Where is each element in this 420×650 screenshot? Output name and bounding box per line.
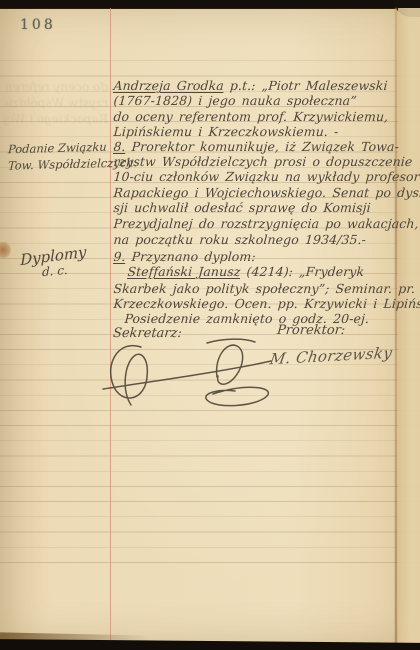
body-line: 8. Prorektor komunikuje, iż Związek Towa… — [113, 139, 400, 154]
body-line: Lipińskiemu i Krzeczkowskiemu. - — [113, 124, 339, 139]
body-line: Skarbek jako polityk społeczny”; Seminar… — [113, 281, 416, 296]
bleed-through-ghost: rzystw Współdzielczych prosi o dopuszcze… — [4, 96, 109, 110]
bleed-through-ghost: Rapackiego i Wojciechowskiego. Senat po … — [4, 112, 109, 126]
margin-note-petition-line1: Podanie Związku — [8, 140, 107, 157]
body-line: Rapackiego i Wojciechowskiego. Senat po … — [113, 185, 420, 200]
right-crease-line — [395, 8, 397, 644]
body-line: 10-ciu członków Związku na wykłady profe… — [113, 169, 420, 184]
bleed-through-ghost: do oceny referentom prof. Krzywickiemu, — [4, 80, 109, 94]
body-line: Krzeczkowskiego. Ocen. pp. Krzywicki i L… — [113, 296, 420, 311]
right-page-edge — [398, 8, 420, 644]
body-line: sji uchwalił odesłać sprawę do Komisji — [113, 200, 371, 215]
secretary-signature — [95, 331, 280, 411]
body-line: na początku roku szkolnego 1934/35.- — [113, 232, 367, 247]
prorector-signature: M. Chorzewsky — [269, 344, 394, 369]
left-margin-rule — [110, 8, 111, 642]
top-binding-edge — [0, 0, 420, 9]
scanned-ledger-page: do oceny referentom prof. Krzywickiemu, … — [0, 0, 420, 650]
bottom-binding-edge — [0, 639, 420, 650]
body-line: (1767-1828) i jego nauka społeczna” — [113, 93, 357, 108]
page-number-stamp: 108 — [20, 17, 56, 33]
margin-note-diplomas-dc: d. c. — [42, 263, 68, 279]
ink-stain — [0, 241, 11, 259]
body-line: Andrzeja Grodka p.t.: „Piotr Maleszewski — [113, 78, 388, 93]
body-line: 9. Przyznano dyplom: — [113, 249, 256, 264]
body-line: Prezydjalnej do rozstrzygnięcia po wakac… — [113, 216, 419, 231]
prorector-label: Prorektor: — [276, 323, 346, 338]
body-line: Steffański Janusz (4214): „Fryderyk — [113, 264, 365, 279]
body-line: do oceny referentom prof. Krzywickiemu, — [113, 109, 389, 124]
body-line: rzystw Współdzielczych prosi o dopuszcze… — [113, 154, 413, 169]
